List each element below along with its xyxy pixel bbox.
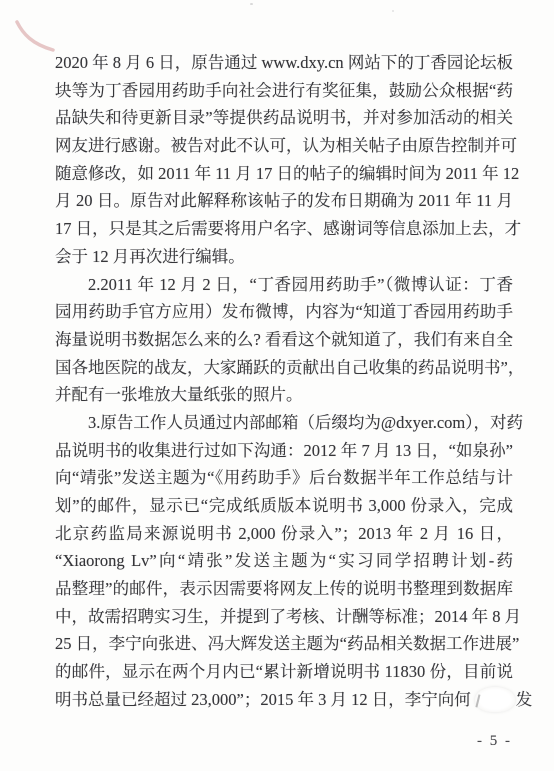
text-line: 北京药监局来源说明书 2,000 份录入”；2013 年 2 月 16 日， (55, 520, 513, 548)
text-line: 月 20 日。原告对此解释称该帖子的发布日期确为 2011 年 11 月 (55, 187, 513, 215)
text-line: 向“靖张”发送主题为“《用药助手》后台数据半年工作总结与计 (55, 464, 513, 492)
text-line: 17 日，只是其之后需要将用户名字、感谢词等信息添加上去，才 (55, 215, 513, 243)
text-line: 块等为丁香园用药助手向社会进行有奖征集，鼓励公众根据“药 (55, 77, 513, 105)
text-line: 划”的邮件，显示已“完成纸质版本说明书 3,000 份录入，完成 (55, 492, 513, 520)
text-line: 园用药助手官方应用）发布微博，内容为“知道丁香园用药助手 (55, 298, 513, 326)
page-number: - 5 - (477, 733, 512, 750)
text-line: 中，故需招聘实习生，并提到了考核、计酬等标准；2014 年 8 月 (55, 603, 513, 631)
text-line: 2020 年 8 月 6 日，原告通过 www.dxy.cn 网站下的丁香园论坛… (55, 49, 513, 77)
text-line: 品说明书的收集进行过如下沟通：2012 年 7 月 13 日，“如泉孙” (55, 437, 513, 465)
document-text: 2020 年 8 月 6 日，原告通过 www.dxy.cn 网站下的丁香园论坛… (55, 49, 513, 714)
text-line: 随意修改，如 2011 年 11 月 17 日的帖子的编辑时间为 2011 年 … (55, 160, 513, 188)
text-line: 网友进行感谢。被告对此不认可，认为相关帖子由原告控制并可 (55, 132, 513, 160)
text-line: 品缺失和待更新目录”等提供药品说明书，并对参加活动的相关 (55, 104, 513, 132)
scan-speck (250, 3, 253, 5)
text-line: 并配有一张堆放大量纸张的照片。 (55, 381, 513, 409)
text-line: 海量说明书数据怎么来的么? 看看这个就知道了，我们有来自全 (55, 326, 513, 354)
text-line: 国各地医院的战友，大家踊跃的贡献出自己收集的药品说明书”， (55, 354, 513, 382)
document-page: 2020 年 8 月 6 日，原告通过 www.dxy.cn 网站下的丁香园论坛… (0, 0, 554, 771)
text-line: 2.2011 年 12 月 2 日，“丁香园用药助手”（微博认证：丁香 (55, 271, 513, 299)
last-line-text-after: 发 (516, 690, 533, 709)
text-line: “Xiaorong Lv”向“靖张”发送主题为“实习同学招聘计划-药 (55, 547, 513, 575)
text-line: 的邮件，显示在两个月内已“累计新增说明书 11830 份，目前说 (55, 658, 513, 686)
text-line: 25 日，李宁向张进、冯大辉发送主题为“药品相关数据工作进展” (55, 630, 513, 658)
scan-speck (392, 10, 394, 12)
text-line: 品整理”的邮件，表示因需要将网友上传的说明书整理到数据库 (55, 575, 513, 603)
text-line-with-redaction: 明书总量已经超过 23,000”；2015 年 3 月 12 日，李宁向何发 (55, 686, 513, 714)
last-line-text-before: 明书总量已经超过 23,000”；2015 年 3 月 12 日，李宁向何 (55, 690, 471, 709)
redaction-blob (475, 687, 515, 712)
text-line: 3.原告工作人员通过内部邮箱（后缀均为@dxyer.com），对药 (55, 409, 513, 437)
text-line: 会于 12 月再次进行编辑。 (55, 243, 513, 271)
